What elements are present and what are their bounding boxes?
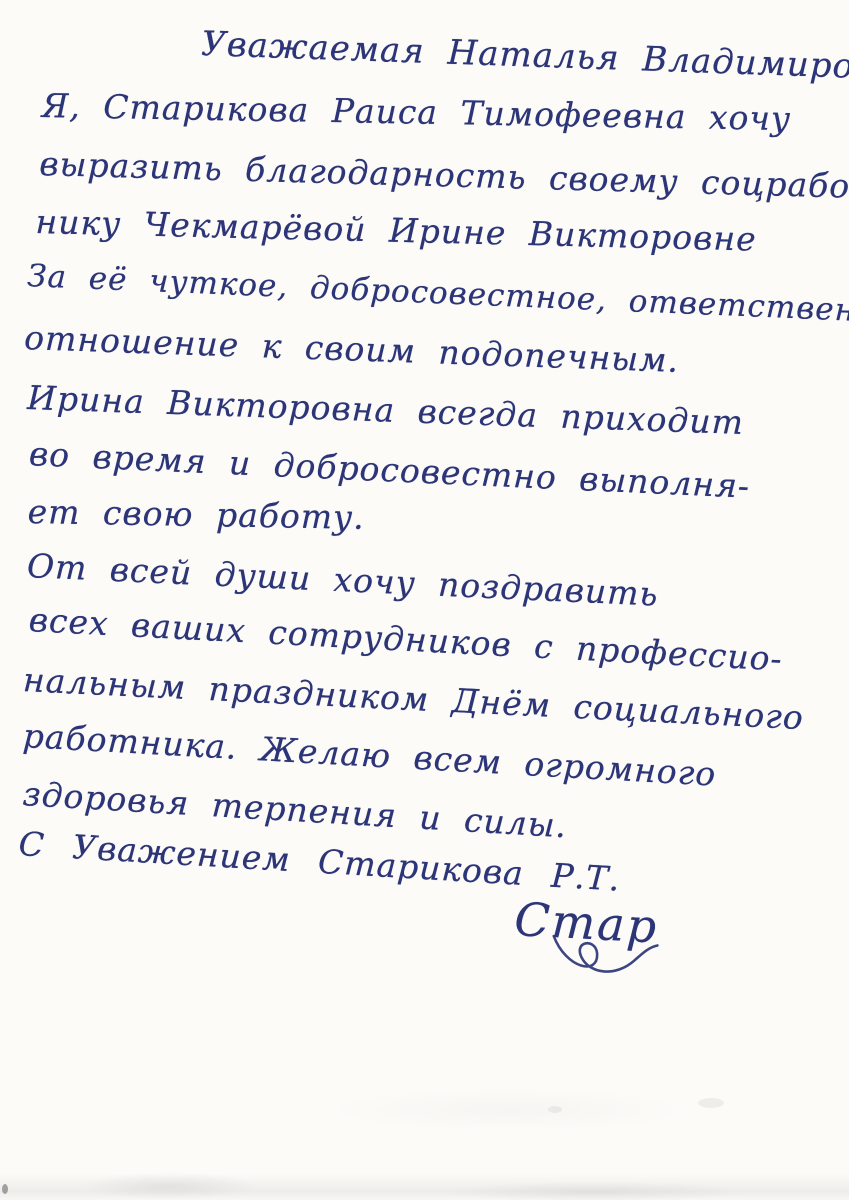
letter-line: От всей души хочу поздравить [26, 546, 659, 614]
salutation-line: Уважаемая Наталья Владимировна [201, 24, 849, 89]
letter-line: За её чуткое, добросовестное, ответствен… [26, 258, 849, 331]
scan-artifact [698, 1098, 724, 1108]
letter-line: выразить благодарность своему соцработ- [39, 144, 849, 207]
signature: Стар [513, 892, 659, 953]
letter-line: отношение к своим подопечным. [24, 318, 680, 380]
scan-artifact [548, 1106, 562, 1113]
letter-page: Уважаемая Наталья Владимировна Я, Старик… [0, 0, 849, 1200]
letter-line: Ирина Викторовна всегда приходит [27, 378, 745, 442]
signature-text: Стар [513, 892, 659, 953]
letter-line: нику Чекмарёвой Ирине Викторовне [35, 202, 757, 259]
scan-artifact [2, 1184, 8, 1194]
letter-line: ет свою работу. [27, 492, 365, 537]
letter-line: Я, Старикова Раиса Тимофеевна хочу [41, 86, 791, 138]
